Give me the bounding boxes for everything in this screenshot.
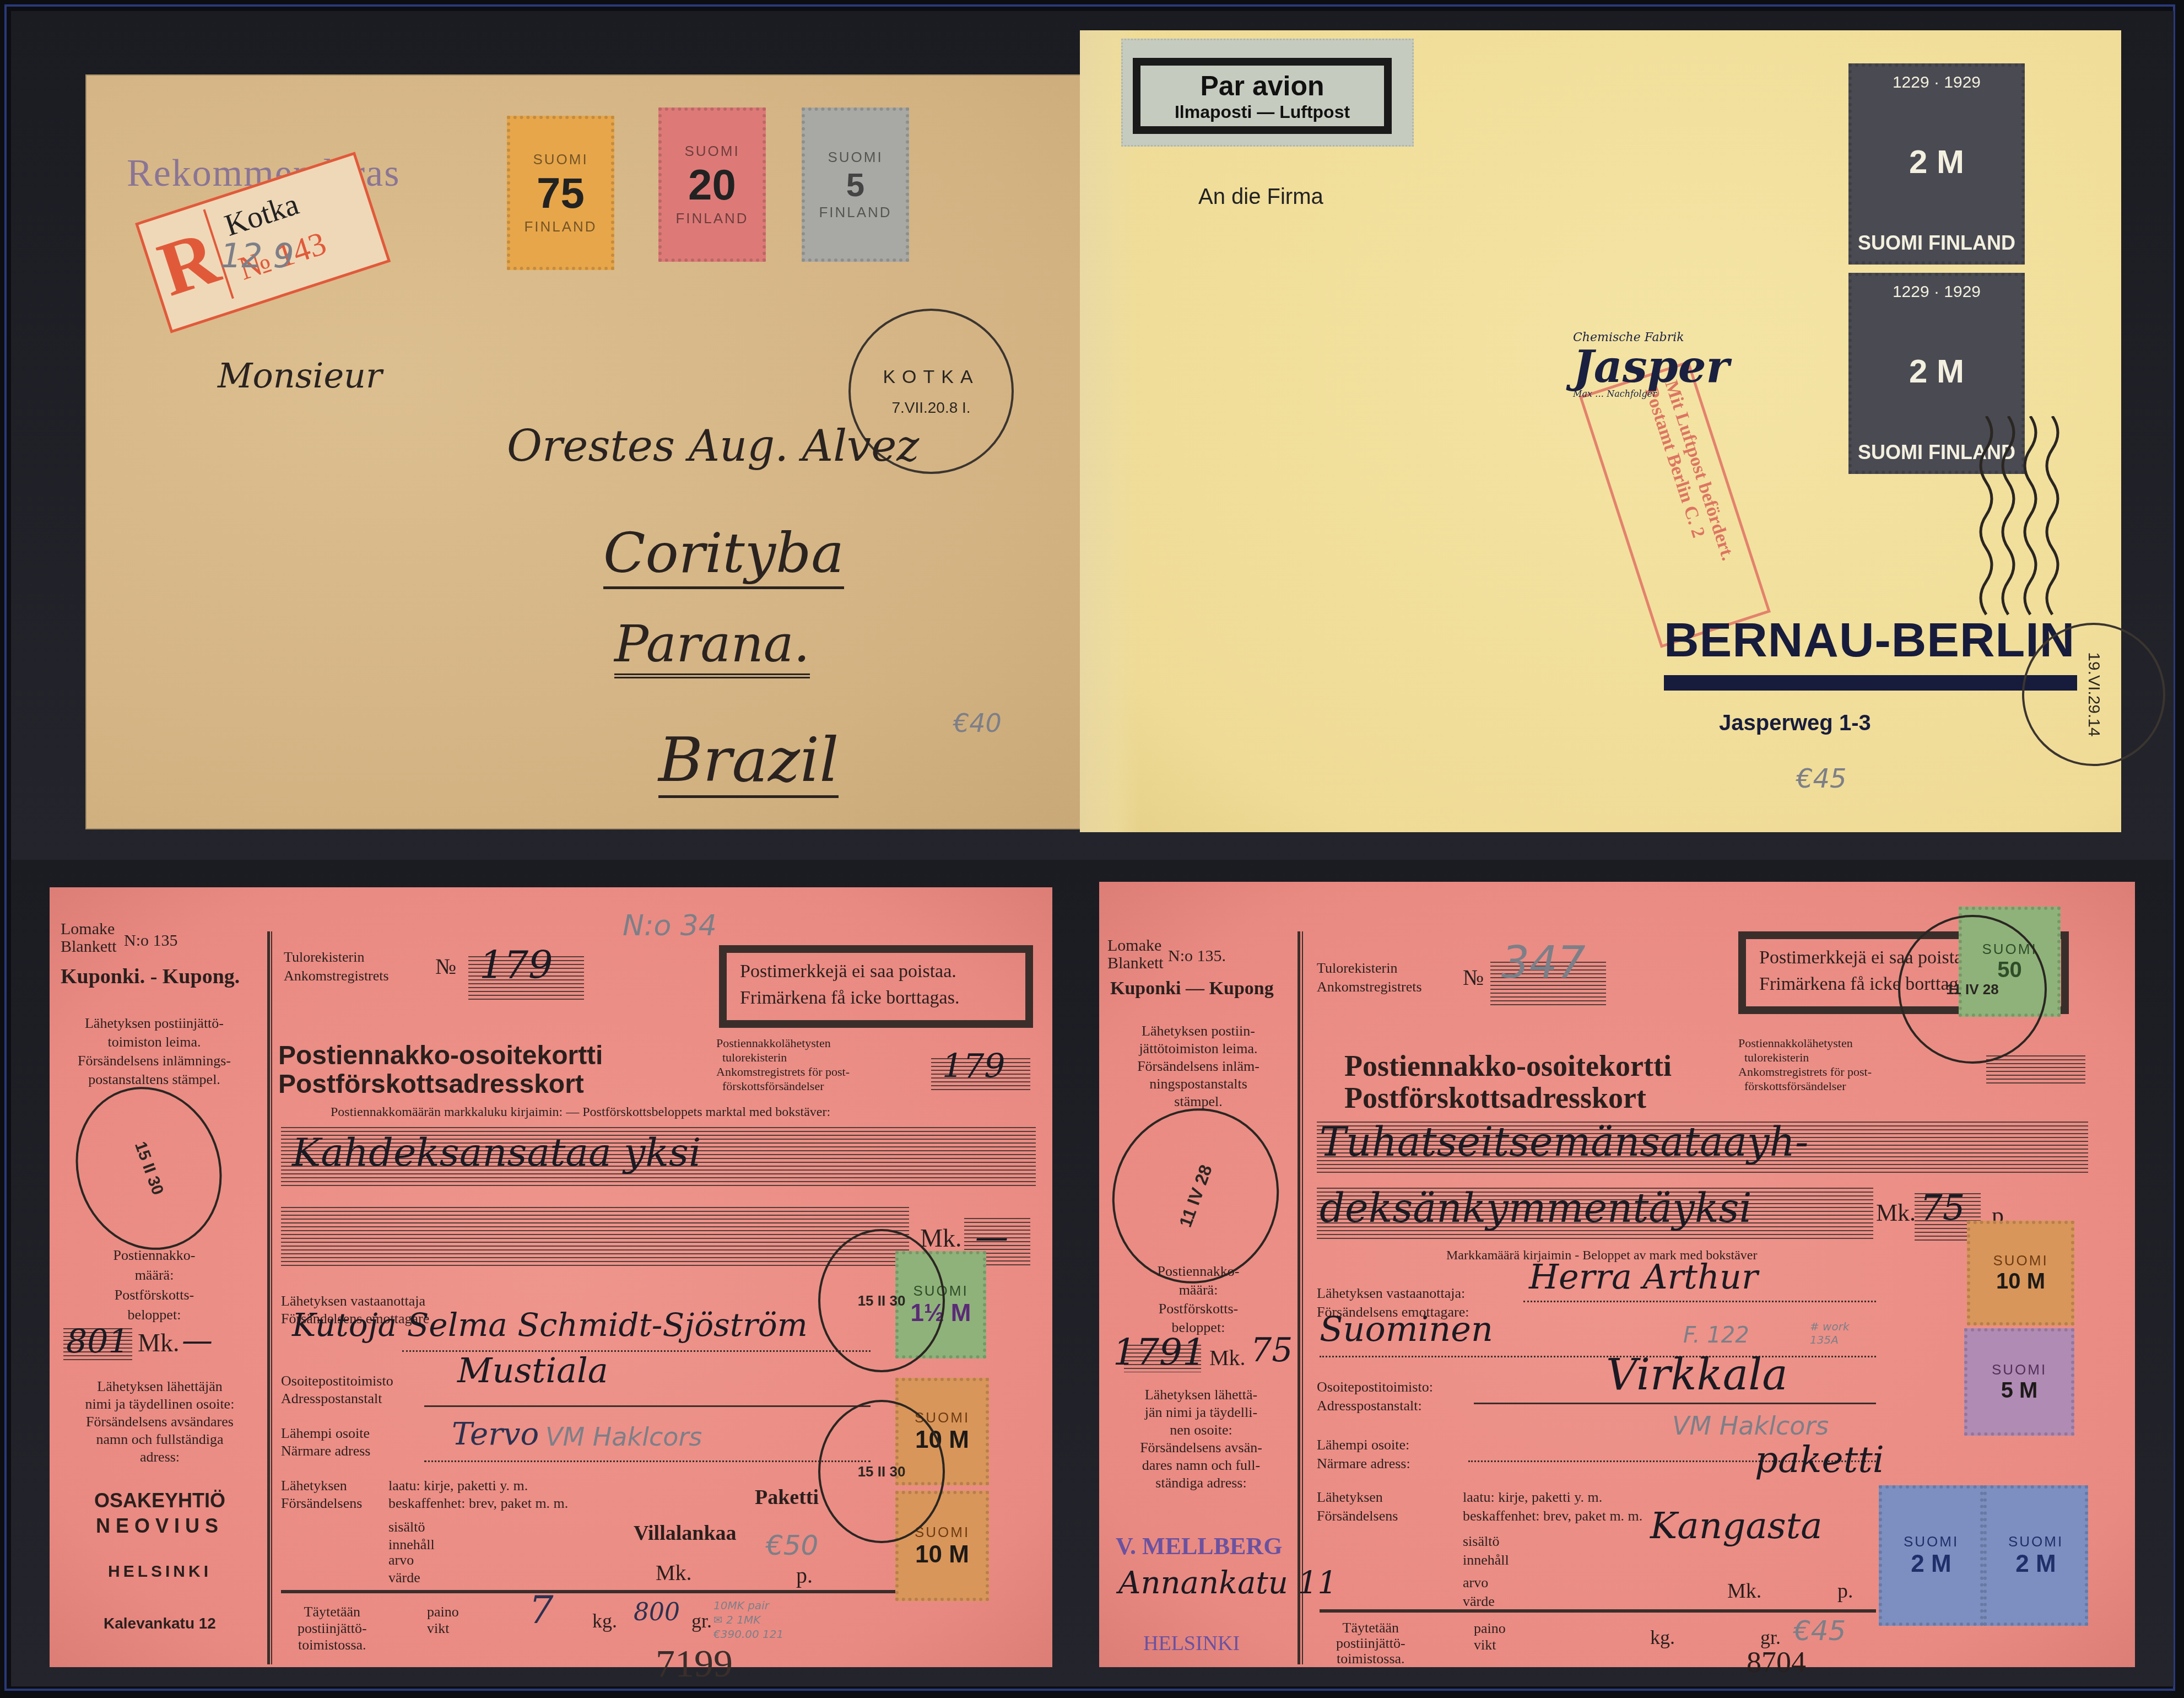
stamp-10m: SUOMI10 M [1967, 1221, 2074, 1325]
airmail-cover-bernau[interactable]: Par avion Ilmaposti — Luftpost An die Fi… [1080, 30, 2121, 832]
content-label: sisältöinnehåll [1463, 1532, 1509, 1570]
sender-name-stamp: V. MELLBERG [1116, 1532, 1282, 1560]
near-address-label: Lähempi osoite:Närmare adress: [1317, 1436, 1410, 1473]
price-tag: €40 [953, 708, 1002, 738]
airmail-label: Par avion Ilmaposti — Luftpost [1121, 39, 1414, 147]
sender-company: OSAKEYHTIÖNEOVIUS [61, 1488, 259, 1539]
recipient-line2: Suominen [1320, 1309, 1493, 1349]
price-tag: €45 [1796, 763, 1847, 794]
ilmaposti-text: Ilmaposti — Luftpost [1140, 102, 1384, 122]
pencil-ref-2: # work 135A [1810, 1320, 1854, 1346]
weight-gr: 800 [634, 1598, 680, 1626]
weight-kg: 7 [529, 1587, 554, 1632]
cod-register-number: 179 [942, 1047, 1005, 1086]
price-tag: €50 [766, 1529, 818, 1561]
office-label: Osoitepostitoimisto:Adresspostanstalt: [1317, 1378, 1433, 1415]
cod-register-label: Postiennakkolähetysten tulorekisterin An… [716, 1036, 850, 1093]
pencil-reference: N:o 34 [623, 909, 717, 942]
kind-label: LähetyksenFörsändelsens [281, 1477, 362, 1512]
stamp-5-lion: SUOMI 5 FINLAND [802, 107, 909, 262]
street-line: Jasperweg 1-3 [1719, 711, 1871, 736]
postoffice-label: Täytetäänpostiinjättö- toimistossa. [1336, 1620, 1405, 1667]
value-label: arvovärde [1463, 1573, 1495, 1611]
address-state: Parana. [614, 614, 810, 678]
kind-label: LähetyksenFörsändelsens [1317, 1488, 1398, 1525]
helsinki-postmark-2: 15 II 30 [818, 1400, 945, 1543]
register-label: TulorekisterinAnkomstregistrets [284, 948, 389, 985]
value-label: arvovärde [388, 1551, 420, 1587]
pencil-note: VM Haklcors [545, 1422, 702, 1452]
address-salutation: Monsieur [218, 355, 382, 396]
mk-value: 75 [1920, 1188, 1965, 1228]
address-underline-bar [1664, 675, 2077, 691]
amount-p-value: — [182, 1323, 213, 1359]
price-tag: €45 [1793, 1615, 1846, 1647]
near-address-label: Lähempi osoiteNärmare adress [281, 1425, 370, 1460]
weight-label: painovikt [427, 1604, 459, 1637]
amount-p-value: 75 [1251, 1331, 1293, 1370]
address-name: Orestes Aug. Alvez [507, 422, 919, 471]
helsinki-postmark: 19.VI.29.14 [2022, 623, 2165, 766]
sender-city: HELSINKI [61, 1562, 259, 1581]
helsinki-postmark-1: 15 II 30 [818, 1229, 945, 1372]
stamp-2m-2: SUOMI2 M [1983, 1485, 2088, 1626]
form-number: N:o 135. [1168, 947, 1226, 966]
departure-number: 8704 [1747, 1645, 1806, 1679]
registered-cover-kotka[interactable]: Rekommenderas R Kotka № 143 12 9 SUOMI 7… [85, 74, 1085, 829]
near-address-value: Tervo [452, 1416, 539, 1452]
pencil-side-note: 10MK pair✉ 2 1MK€390.00 121 [713, 1598, 783, 1641]
office-label: OsoitepostitoimistoAdresspostanstalt [281, 1372, 393, 1408]
address-country: Brazil [658, 725, 839, 798]
form-lomake: LomakeBlankett [1107, 937, 1164, 972]
amount-mk-value: 801 [66, 1323, 129, 1361]
stamp-5m: SUOMI5 M [1964, 1328, 2074, 1436]
register-label: TulorekisterinAnkomstregistrets [1317, 959, 1422, 996]
sender-label: Lähetyksen lähettäjännimi ja täydellinen… [61, 1378, 259, 1466]
address-city: Corityba [603, 521, 844, 589]
recipient-name: Kutoja Selma Schmidt-Sjöström [292, 1306, 808, 1344]
weight-label: painovikt [1474, 1620, 1506, 1653]
sender-street: Kalevankatu 12 [61, 1615, 259, 1632]
postoffice-label: Täytetäänpostiinjättö- toimistossa. [298, 1604, 367, 1653]
register-number: 179 [479, 942, 553, 988]
departure-number: 7199 [656, 1642, 733, 1686]
cod-address-card-mellberg[interactable]: LomakeBlankett N:o 135. Kuponki — Kupong… [1099, 882, 2135, 1667]
stamp-label: Lähetyksen postiinjättö-toimiston leima.… [61, 1014, 248, 1089]
cod-address-card-neovius[interactable]: LomakeBlankett N:o 135 Kuponki. - Kupong… [50, 887, 1052, 1667]
helsinki-postmark-1: 11 IV 28 [1898, 915, 2047, 1064]
helsinki-postmark-coupon: 15 II 30 [53, 1066, 245, 1271]
pencil-ref: F. 122 [1683, 1323, 1749, 1348]
register-number: 347 [1501, 937, 1586, 988]
kind-value: Paketti [755, 1485, 819, 1510]
stamp-2m-1: SUOMI2 M [1879, 1485, 1983, 1626]
amount-label: Postiennakko-määrä: Postförskotts-belopp… [1121, 1262, 1275, 1337]
cover-fold-shadow [1080, 30, 1140, 832]
amount-words-line1: Tuhatseitsemänsataayh- [1320, 1119, 1808, 1165]
content-value: Kangasta [1650, 1505, 1823, 1547]
cod-register-label: Postiennakkolähetysten tulorekisterin An… [1738, 1036, 1872, 1093]
jasper-company-logo: Chemische Fabrik Jasper Max … Nachfolger [1573, 331, 1689, 430]
stamp-20-overprint: SUOMI 20 FINLAND [658, 107, 766, 262]
coupon-title: Kuponki. - Kupong. [61, 964, 240, 989]
kind-sublabel: laatu: kirje, paketti y. m.beskaffenhet:… [388, 1477, 568, 1512]
form-lomake: LomakeBlankett [61, 920, 117, 956]
amount-words: Kahdeksansataa yksi [292, 1130, 701, 1175]
kind-sublabel: laatu: kirje, paketti y. m.beskaffenhet:… [1463, 1488, 1642, 1525]
amount-mk-value: 1791 [1113, 1331, 1205, 1373]
recipient-line1: Herra Arthur [1529, 1257, 1758, 1297]
sender-street-handwritten: Annankatu 11 [1118, 1565, 1337, 1601]
kind-value: paketti [1755, 1438, 1884, 1481]
coupon-divider [1298, 931, 1300, 1664]
stamp-turku-castle-1: 1229 · 1929 2 M SUOMI FINLAND [1848, 63, 2025, 265]
coupon-divider [267, 931, 270, 1664]
pencil-note: VM Haklcors [1672, 1411, 1829, 1441]
content-label: sisältöinnehåll [388, 1518, 435, 1554]
amount-words-line2: deksänkymmentäyksi [1320, 1185, 1752, 1231]
stamp-label: Lähetyksen postiin-jättötoimiston leima.… [1110, 1022, 1286, 1111]
machine-cancel-waves [1975, 416, 2074, 626]
sender-city-stamp: HELSINKI [1143, 1631, 1240, 1656]
sender-label: Lähetyksen lähettä-jän nimi ja täydelli-… [1110, 1386, 1292, 1492]
card-title: Postiennakko-osoitekorttiPostförskottsad… [278, 1042, 603, 1099]
amount-words-label: Postiennakkomäärän markkaluku kirjaimin:… [331, 1105, 830, 1120]
office-value: Virkkala [1606, 1350, 1788, 1400]
pencil-note: 12 9 [220, 237, 294, 276]
city-line: BERNAU-BERLIN [1664, 612, 2075, 668]
stamp-75-overprint: SUOMI 75 FINLAND [507, 116, 614, 270]
an-die-firma: An die Firma [1198, 185, 1323, 209]
office-value: Mustiala [457, 1350, 608, 1390]
card-title: Postiennakko-osoitekorttiPostförskottsad… [1344, 1050, 1672, 1114]
stamp-removal-notice: Postimerkkejä ei saa poistaa.Frimärkena … [719, 945, 1033, 1028]
form-number: N:o 135 [124, 931, 178, 950]
coupon-title: Kuponki — Kupong [1110, 978, 1274, 999]
content-value: Villalankaa [634, 1521, 737, 1545]
par-avion-text: Par avion [1140, 70, 1384, 102]
amount-label: Postiennakko-määrä: Postförskotts-belopp… [83, 1246, 226, 1325]
